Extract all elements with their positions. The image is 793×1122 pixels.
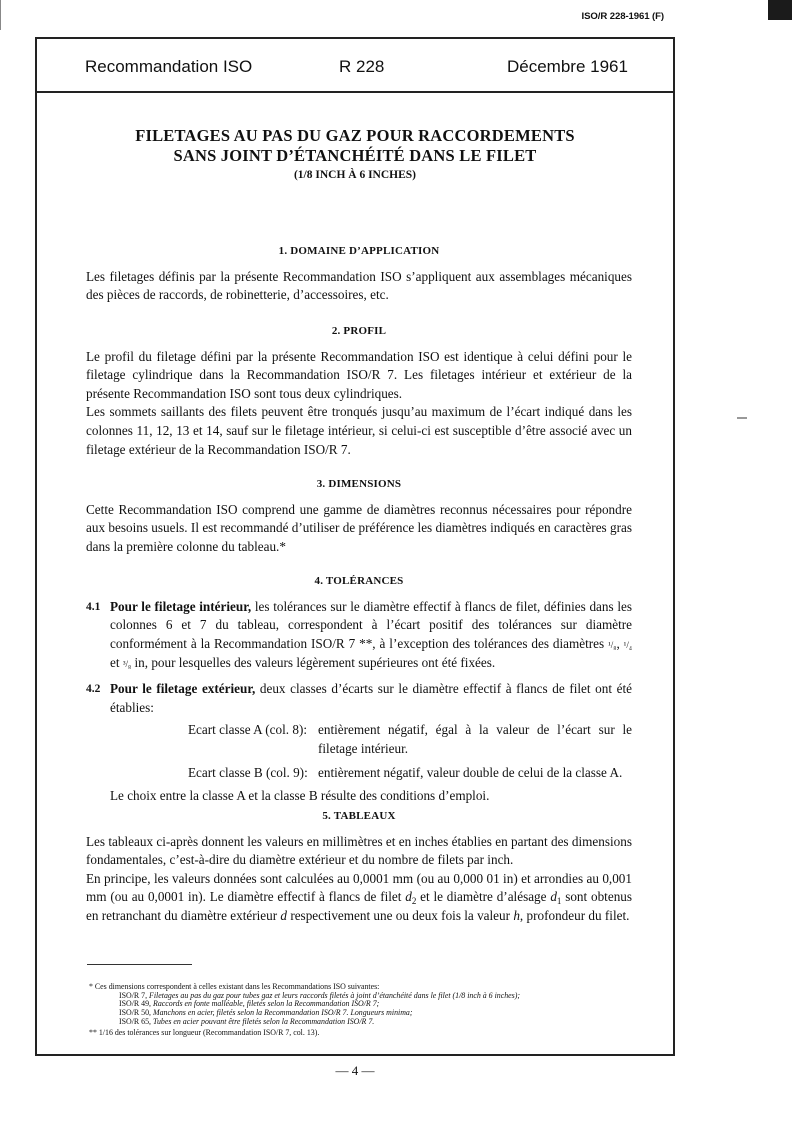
header-number: R 228 (339, 57, 384, 77)
separator: , (616, 636, 623, 651)
footnote-ref: ISO/R 65, Tubes en acier pouvant être fi… (89, 1018, 520, 1027)
footnote-divider (87, 964, 192, 965)
fraction: ¹/₄ (624, 640, 632, 650)
section-profile: 2. PROFIL Le profil du filetage défini p… (86, 322, 632, 459)
item-number: 4.1 (86, 598, 100, 617)
section-heading: 4. TOLÉRANCES (86, 572, 632, 591)
item-4-2: 4.2 Pour le filetage extérieur, deux cla… (86, 680, 632, 806)
ecart-class-a: Ecart classe A (col. 8): entièrement nég… (110, 721, 632, 758)
scan-corner-mark (768, 0, 792, 20)
fraction: ³/₈ (123, 659, 131, 669)
page-number: — 4 — (0, 1063, 710, 1079)
document-code: ISO/R 228-1961 (F) (582, 11, 664, 22)
header-recommendation: Recommandation ISO (85, 57, 252, 77)
item-lead: Pour le filetage intérieur, (110, 599, 251, 614)
section-dimensions: 3. DIMENSIONS Cette Recommandation ISO c… (86, 475, 632, 556)
title-line-1: FILETAGES AU PAS DU GAZ POUR RACCORDEMEN… (37, 126, 673, 146)
scan-edge-mark (0, 0, 1, 30)
paragraph: Le profil du filetage défini par la prés… (86, 348, 632, 404)
section-tolerances: 4. TOLÉRANCES 4.1 Pour le filetage intér… (86, 572, 632, 806)
section-heading: 1. DOMAINE D’APPLICATION (86, 242, 632, 261)
header-date: Décembre 1961 (507, 57, 628, 77)
ecart-label: Ecart classe A (col. 8): (188, 721, 318, 758)
item-4-1: 4.1 Pour le filetage intérieur, les tolé… (86, 598, 632, 674)
header-band: Recommandation ISO R 228 Décembre 1961 (37, 39, 673, 93)
paragraph: Le choix entre la classe A et la classe … (110, 787, 632, 806)
section-heading: 3. DIMENSIONS (86, 475, 632, 494)
document-title: FILETAGES AU PAS DU GAZ POUR RACCORDEMEN… (37, 126, 673, 183)
section-heading: 2. PROFIL (86, 322, 632, 341)
title-line-3: (1/8 INCH À 6 INCHES) (37, 167, 673, 183)
item-text: in, pour lesquelles des valeurs légèreme… (131, 655, 495, 670)
item-number: 4.2 (86, 680, 100, 699)
ecart-text: entièrement négatif, valeur double de ce… (318, 764, 632, 783)
paragraph: Les filetages définis par la présente Re… (86, 268, 632, 305)
title-line-2: SANS JOINT D’ÉTANCHÉITÉ DANS LE FILET (37, 146, 673, 166)
paragraph: En principe, les valeurs données sont ca… (86, 870, 632, 926)
footnote-star: * Ces dimensions correspondent à celles … (89, 983, 520, 1037)
section-heading: 5. TABLEAUX (86, 807, 632, 826)
paragraph: Les sommets saillants des filets peuvent… (86, 403, 632, 459)
separator: et (110, 655, 123, 670)
section-scope: 1. DOMAINE D’APPLICATION Les filetages d… (86, 242, 632, 305)
scan-artifact (737, 417, 747, 419)
ecart-class-b: Ecart classe B (col. 9): entièrement nég… (110, 764, 632, 783)
paragraph: Cette Recommandation ISO comprend une ga… (86, 501, 632, 557)
paragraph: Les tableaux ci-après donnent les valeur… (86, 833, 632, 870)
section-tables: 5. TABLEAUX Les tableaux ci-après donnen… (86, 807, 632, 926)
ecart-label: Ecart classe B (col. 9): (188, 764, 318, 783)
footnote-double-star: ** 1/16 des tolérances sur longueur (Rec… (89, 1029, 520, 1038)
page-frame: Recommandation ISO R 228 Décembre 1961 F… (35, 37, 675, 1056)
ecart-text: entièrement négatif, égal à la valeur de… (318, 721, 632, 758)
item-lead: Pour le filetage extérieur, (110, 681, 255, 696)
